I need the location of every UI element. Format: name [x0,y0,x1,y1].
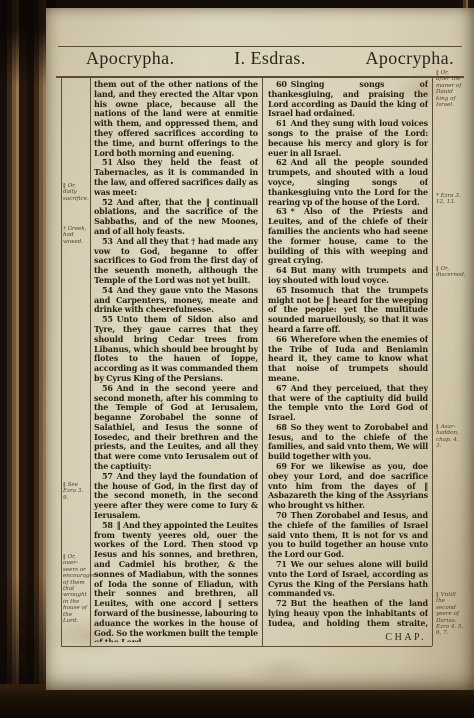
margin-note: ‖ See Ezra 3. 9. [63,482,88,501]
verse-paragraph: 60 Singing songs of thankesgiuing, and p… [268,80,428,119]
verse-paragraph: 52 And after, that the ‖ continuall obla… [94,198,258,237]
verse-paragraph: 64 But many with trumpets and ioy shoute… [268,266,428,286]
verse-paragraph: 57 And they layd the foundation of the h… [94,472,258,521]
left-outer-rule [61,77,62,646]
catchword: CHAP. [268,632,426,643]
margin-note: ‖ Or, ouer-seers or encouragers of them … [63,554,88,624]
verse-paragraph: 71 We our selues alone will build vnto t… [268,560,428,599]
verse-paragraph: 58 ‖ And they appointed the Leuites from… [94,521,258,642]
bottom-rule [61,646,432,647]
header-bottom-rule [56,76,464,78]
running-head-right: Apocrypha. [366,48,454,69]
running-head-title: I. Esdras. [234,48,305,69]
margin-note: ‖ Or, daily sacrifice. [63,183,88,202]
verse-paragraph: 70 Then Zorobabel and Iesus, and the chi… [268,511,428,560]
center-column-rule [262,77,263,646]
right-column-rule [432,77,433,646]
verse-paragraph: 53 And all they that † had made any vow … [94,237,258,286]
margin-note: † Greek, had vowed. [63,226,88,245]
verse-paragraph: 54 And they gaue vnto the Masons and Car… [94,286,258,315]
verse-paragraph: 61 And they sung with loud voices songs … [268,119,428,158]
margin-note: ‖ Asar-haddon, chap. 4. 3. [436,424,464,450]
verse-paragraph: 69 For we likewise as you, doe obey your… [268,462,428,511]
running-head-left: Apocrypha. [86,48,174,69]
book-photograph: Apocrypha. I. Esdras. Apocrypha. them ou… [0,0,474,718]
margin-note: ‖ Vntill the second yeere of Darius. Ezr… [436,592,464,637]
left-column-rule [90,77,91,646]
verse-paragraph: 56 And in the second yeere and second mo… [94,384,258,472]
right-text-column: 60 Singing songs of thankesgiuing, and p… [268,80,428,628]
verse-paragraph: 67 And they perceiued, that they that we… [268,384,428,423]
margin-note: ‖ Or, discerned. [436,266,464,279]
running-head: Apocrypha. I. Esdras. Apocrypha. [86,48,454,69]
verse-paragraph: 55 Unto them of Sidon also and Tyre, the… [94,315,258,384]
printed-page: Apocrypha. I. Esdras. Apocrypha. them ou… [46,8,474,690]
verse-paragraph: 62 And all the people sounded trumpets, … [268,158,428,207]
top-rule [58,46,462,47]
verse-paragraph: 68 So they went to Zorobabel and Iesus, … [268,423,428,462]
verse-paragraph: 63 * Also of the Priests and Leuites, an… [268,207,428,266]
verse-paragraph: 65 Insomuch that the trumpets might not … [268,286,428,335]
left-text-column: them out of the other nations of the lan… [94,80,258,642]
margin-note: ‖ Or, after the maner of Dauid king of I… [436,70,464,108]
margin-note: * Ezra 3. 12, 13. [436,193,464,206]
verse-paragraph: 51 Also they held the feast of Tabernacl… [94,158,258,197]
verse-paragraph: them out of the other nations of the lan… [94,80,258,158]
verse-paragraph: 72 But the heathen of the land lying hea… [268,599,428,628]
verse-paragraph: 66 Wherefore when the enemies of the Tri… [268,335,428,384]
